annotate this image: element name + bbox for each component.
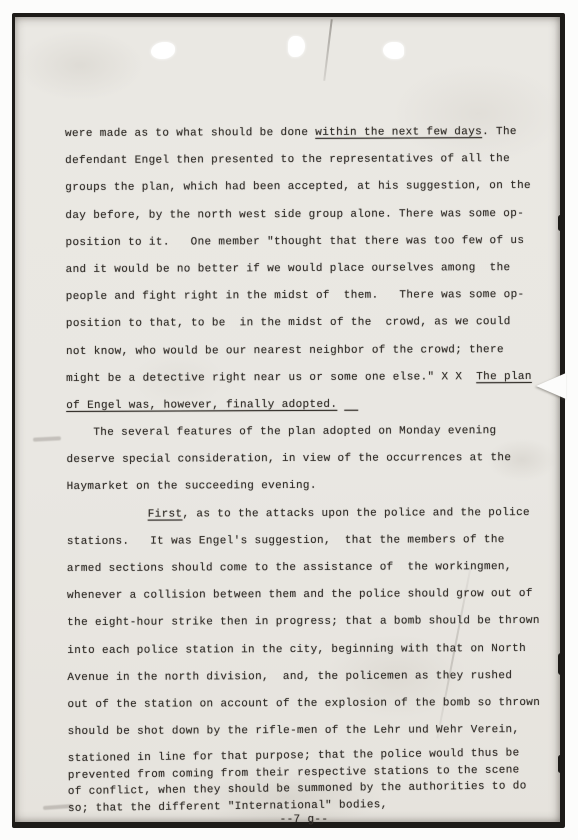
text-line: and it would be no better if we would pl… <box>66 262 544 291</box>
paper-hole-spot <box>288 36 305 57</box>
text-segment: the eight-hour strike then in progress; … <box>67 615 540 629</box>
underlined-text <box>344 399 358 411</box>
text-segment: The several features of the plan adopted… <box>93 425 496 439</box>
text-line: armed sections should come to the assist… <box>67 561 545 590</box>
text-line: Avenue in the north division, and, the p… <box>67 670 545 699</box>
text-segment: into each police station in the city, be… <box>67 643 526 657</box>
text-segment: deserve special consideration, in view o… <box>66 452 511 466</box>
text-segment: position to that, to be in the midst of … <box>66 316 511 330</box>
text-line: Haymarket on the succeeding evening. <box>67 479 545 508</box>
text-line: not know, who would be our nearest neigh… <box>66 343 544 372</box>
text-line: stations. It was Engel's suggestion, tha… <box>67 534 545 563</box>
paper-hole-spot <box>383 42 404 59</box>
text-segment: groups the plan, which had been accepted… <box>65 180 531 194</box>
text-segment: whenever a collision between them and th… <box>67 588 533 602</box>
paper-edge-mark <box>558 215 563 231</box>
paper-edge-mark <box>558 755 563 773</box>
scanned-page: were made as to what should be done with… <box>12 13 565 828</box>
underlined-text: of Engel was, however, finally adopted. <box>66 399 337 412</box>
text-segment: might be a detective right near us or so… <box>66 371 476 385</box>
text-line: groups the plan, which had been accepted… <box>65 180 543 209</box>
text-segment: defendant Engel then presented to the re… <box>65 153 510 167</box>
text-segment: should be shot down by the rifle-men of … <box>68 724 520 738</box>
underlined-text: First <box>148 508 183 520</box>
text-line: defendant Engel then presented to the re… <box>65 153 543 182</box>
text-line: were made as to what should be done with… <box>65 126 543 155</box>
text-line: position to it. One member "thought that… <box>65 235 543 264</box>
underlined-text: The plan <box>476 371 532 383</box>
text-segment: . The <box>482 126 517 138</box>
document-text: were made as to what should be done with… <box>65 126 546 819</box>
text-line: position to that, to be in the midst of … <box>66 316 544 345</box>
text-line: whenever a collision between them and th… <box>67 588 545 617</box>
text-segment: and it would be no better if we would pl… <box>66 262 511 276</box>
underlined-text: within the next few days <box>315 126 482 139</box>
text-line: people and fight right in the midst of t… <box>66 289 544 318</box>
paper-smudge <box>33 436 61 441</box>
text-line: The several features of the plan adopted… <box>66 425 544 454</box>
text-segment: day before, by the north west side group… <box>65 208 524 222</box>
text-segment: position to it. One member "thought that… <box>65 235 524 249</box>
text-line: of Engel was, however, finally adopted. <box>66 398 544 427</box>
text-segment: armed sections should come to the assist… <box>67 561 512 575</box>
text-line: First, as to the attacks upon the police… <box>67 507 545 536</box>
page-number: --7 g-- <box>65 814 543 826</box>
text-segment: people and fight right in the midst of t… <box>66 289 525 303</box>
text-segment: stations. It was Engel's suggestion, tha… <box>67 534 505 548</box>
text-line: out of the station on account of the exp… <box>67 697 545 726</box>
text-segment: , as to the attacks upon the police and … <box>182 507 530 521</box>
text-segment: were made as to what should be done <box>65 127 315 140</box>
text-line: might be a detective right near us or so… <box>66 371 544 400</box>
text-segment: not know, who would be our nearest neigh… <box>66 344 504 358</box>
paper-edge-mark <box>558 653 564 675</box>
text-segment: Haymarket on the succeeding evening. <box>67 480 317 493</box>
text-segment: Avenue in the north division, and, the p… <box>67 670 512 684</box>
text-segment: out of the station on account of the exp… <box>67 697 540 711</box>
paper-hole-spot <box>151 42 175 59</box>
text-line: into each police station in the city, be… <box>67 642 545 671</box>
paper-crack-line <box>323 19 333 81</box>
text-line: the eight-hour strike then in progress; … <box>67 615 545 644</box>
text-line: deserve special consideration, in view o… <box>66 452 544 481</box>
text-line: day before, by the north west side group… <box>65 207 543 236</box>
